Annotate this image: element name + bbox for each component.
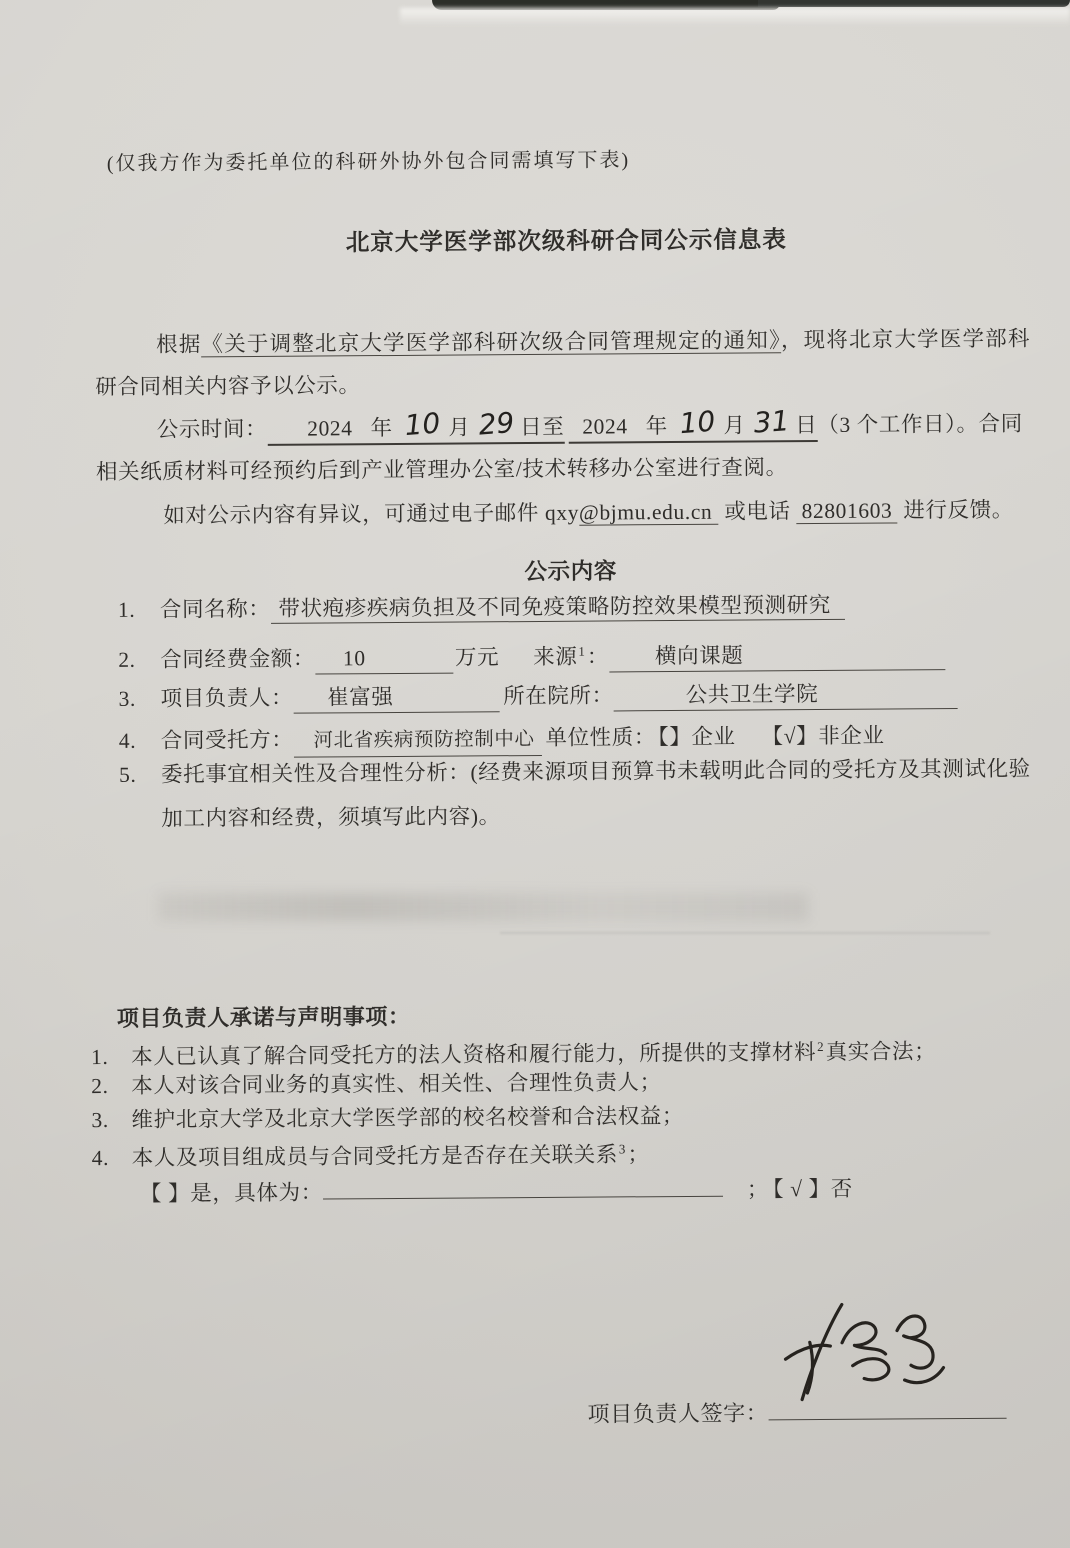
pi-value: 崔富强 (293, 685, 393, 710)
source-field: 横向课题 (609, 639, 945, 672)
source-colon: ： (587, 645, 609, 669)
pi-row: 3.项目负责人：崔富强所在院所：公共卫生学院 (118, 678, 957, 715)
pi-label: 项目负责人： (160, 686, 293, 711)
email-domain: @bjmu.edu.cn (579, 500, 718, 526)
publicity-label: 公示时间： (157, 417, 268, 442)
to-day-unit: 日 (795, 413, 817, 437)
item-number: 3. (118, 684, 160, 714)
intro-line-2: 研合同相关内容予以公示。 (95, 370, 360, 402)
item-number: 1. (91, 1042, 131, 1072)
declaration-text: 维护北京大学及北京大学医学部的校名校誉和合法权益； (131, 1104, 684, 1132)
amount-field: 10 (315, 643, 453, 675)
declaration-text: 本人对该合同业务的真实性、相关性、合理性负责人； (131, 1070, 662, 1098)
phone-number: 82801603 (796, 498, 897, 524)
contract-name-value: 带状疱疹疾病负担及不同免疫策略防控效果模型预测研究 (270, 593, 845, 624)
contractor-label: 合同受托方： (161, 728, 294, 753)
email-user: qxy (545, 501, 579, 525)
checkbox-enterprise: 【】企业 (658, 725, 736, 750)
analysis-row-line-2: 加工内容和经费，须填写此内容)。 (161, 801, 500, 833)
feedback-prefix: 如对公示内容有异议，可通过电子邮件 (163, 501, 545, 528)
funding-label: 合同经费金额： (160, 647, 315, 672)
regulation-title: 《关于调整北京大学医学部科研次级合同管理规定的通知》 (201, 328, 781, 357)
contract-name-label: 合同名称： (160, 597, 271, 622)
dept-field: 公共卫生学院 (614, 678, 958, 711)
publicity-line-2: 相关纸质材料可经预约后到产业管理办公室/技术转移办公室进行查阅。 (96, 452, 788, 487)
dept-value: 公共卫生学院 (614, 682, 819, 707)
from-day-unit: 日至 (520, 415, 564, 439)
to-month-unit: 月 (723, 414, 745, 438)
date-to-underline: 2024年10月31日 (568, 410, 817, 444)
pi-field: 崔富强 (293, 681, 499, 713)
from-year-unit: 年 (371, 416, 393, 440)
item-number: 4. (92, 1143, 132, 1173)
analysis-row-line-1: 5.委托事宜相关性及合理性分析：(经费来源项目预算书未载明此合同的受托方及其测试… (119, 754, 1031, 790)
item-number: 3. (91, 1105, 131, 1135)
declaration-item-2: 2.本人对该合同业务的真实性、相关性、合理性负责人； (91, 1067, 662, 1101)
handwritten-to-day: 31 (753, 411, 790, 434)
intro-prefix: 根据 (156, 332, 202, 356)
item-number: 5. (119, 760, 161, 790)
footnote-mark-1: 1 (578, 644, 585, 659)
checkbox-non-enterprise: 【√】非企业 (762, 724, 885, 749)
dept-label: 所在院所： (503, 683, 614, 708)
relation-row: 【 】是，具体为：；【 √ 】否 (140, 1174, 853, 1209)
declaration-text: 本人已认真了解合同受托方的法人资格和履行能力，所提供的支撑材料 (131, 1040, 816, 1069)
nature-label: 单位性质： (545, 725, 656, 750)
item-number: 4. (119, 726, 161, 756)
signature-handwriting (751, 1295, 952, 1408)
document-content: (仅我方作为委托单位的科研外协外包合同需填写下表) 北京大学医学部次级科研合同公… (0, 0, 1070, 1548)
or-phone-text: 或电话 (718, 499, 796, 524)
declaration-text-tail: 真实合法； (826, 1039, 937, 1064)
footnote-mark-2: 2 (817, 1039, 824, 1054)
signature-field (768, 1418, 1006, 1421)
analysis-text-1: 委托事宜相关性及合理性分析：(经费来源项目预算书未载明此合同的受托方及其测试化验 (161, 757, 1031, 787)
publicity-suffix: （3 个工作日）。合同 (817, 412, 1023, 437)
to-year: 2024 (582, 414, 628, 438)
declaration-text: 本人及项目组成员与合同受托方是否存在关联关系 (132, 1143, 618, 1170)
handwritten-from-day: 29 (478, 413, 515, 436)
source-value: 横向课题 (609, 644, 744, 669)
instruction-note: (仅我方作为委托单位的科研外协外包合同需填写下表) (107, 145, 631, 179)
relation-blank-field (323, 1196, 723, 1200)
form-title: 北京大学医学部次级科研合同公示信息表 (94, 224, 1020, 260)
footnote-mark-3: 3 (619, 1141, 626, 1156)
amount-unit: 万元 (455, 645, 499, 669)
contractor-value: 河北省疾病预防控制中心 (293, 729, 534, 752)
from-year: 2024 (307, 416, 353, 440)
amount-value: 10 (315, 646, 366, 670)
publicity-time-line: 公示时间：2024年10月29日至2024年10月31日（3 个工作日）。合同 (157, 409, 1023, 447)
declaration-item-4: 4.本人及项目组成员与合同受托方是否存在关联关系3； (92, 1134, 650, 1173)
signature-label: 项目负责人签字： (587, 1400, 768, 1426)
source-label: 来源 (533, 645, 577, 669)
date-from-underline: 2024年10月29日至 (267, 412, 564, 446)
item-number: 1. (118, 595, 160, 625)
declaration-text-tail: ； (627, 1142, 649, 1166)
intro-suffix: ，现将北京大学医学部科 (781, 327, 1031, 353)
feedback-suffix: 进行反馈。 (897, 498, 1014, 523)
feedback-line: 如对公示内容有异议，可通过电子邮件 qxy@bjmu.edu.cn 或电话 82… (163, 495, 1014, 531)
handwritten-from-month: 10 (404, 413, 441, 436)
from-month-unit: 月 (448, 415, 470, 439)
intro-line-1: 根据《关于调整北京大学医学部科研次级合同管理规定的通知》，现将北京大学医学部科 (156, 324, 1031, 360)
relation-separator: ； (747, 1177, 769, 1201)
contract-name-row: 1.合同名称：带状疱疹疾病负担及不同免疫策略防控效果模型预测研究 (118, 590, 845, 625)
declaration-item-1: 1.本人已认真了解合同受托方的法人资格和履行能力，所提供的支撑材料2真实合法； (91, 1031, 936, 1072)
to-year-unit: 年 (646, 414, 668, 438)
checkbox-yes: 【 】是，具体为： (140, 1180, 323, 1205)
handwritten-to-month: 10 (679, 412, 716, 435)
item-number: 2. (91, 1071, 131, 1101)
paper-sheet: (仅我方作为委托单位的科研外协外包合同需填写下表) 北京大学医学部次级科研合同公… (0, 0, 1070, 1548)
checkbox-no: 【 √ 】否 (773, 1177, 853, 1202)
funding-row: 2.合同经费金额：10万元来源1：横向课题 (118, 634, 945, 676)
contractor-row: 4.合同受托方：河北省疾病预防控制中心单位性质：【】企业【√】非企业 (119, 721, 885, 759)
declaration-item-3: 3.维护北京大学及北京大学医学部的校名校誉和合法权益； (91, 1101, 684, 1135)
item-number: 2. (118, 645, 160, 675)
contractor-field: 河北省疾病预防控制中心 (293, 723, 541, 758)
content-section-heading: 公示内容 (97, 554, 1025, 590)
declaration-heading: 项目负责人承诺与声明事项： (117, 1002, 411, 1034)
